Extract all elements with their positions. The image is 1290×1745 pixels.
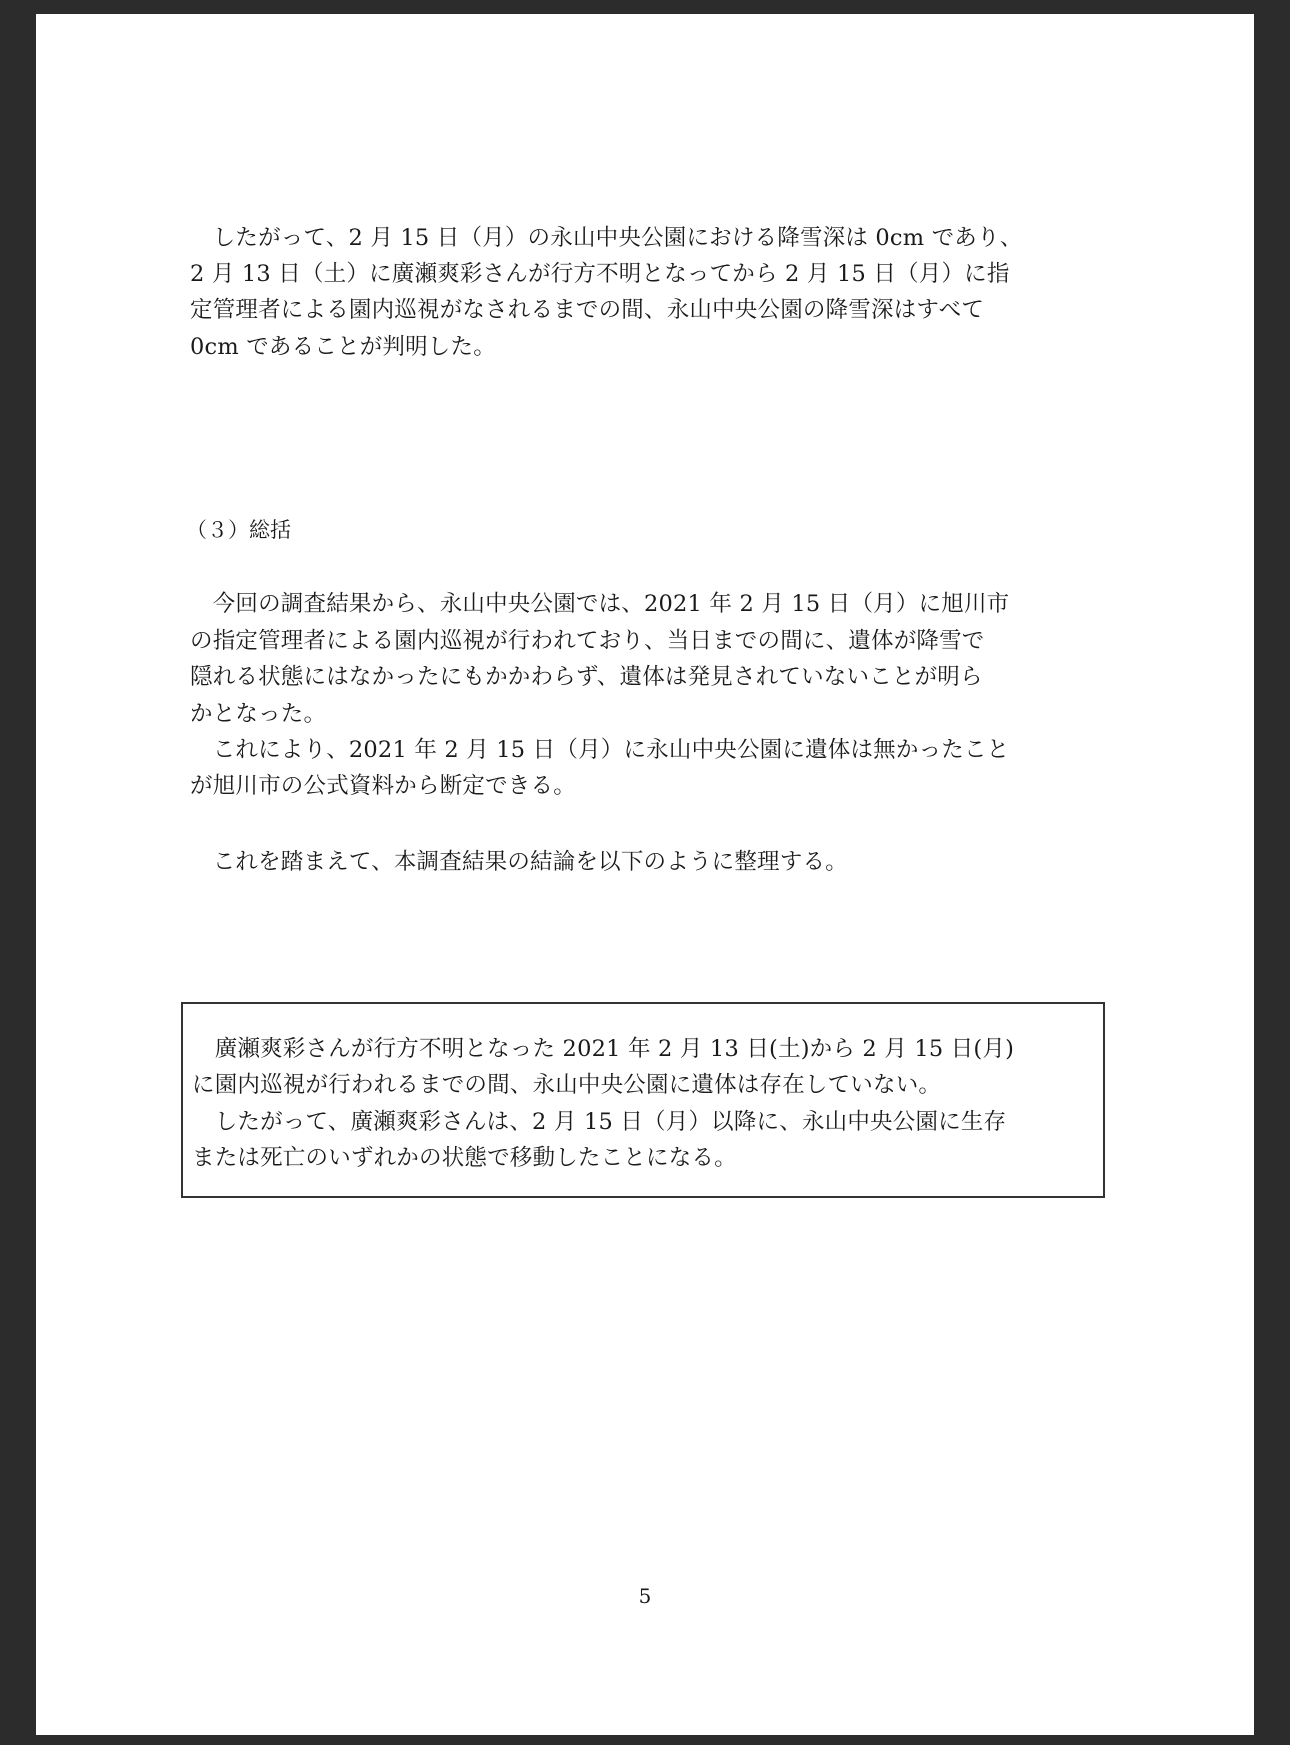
page-number: 5 <box>36 1582 1254 1610</box>
text-line: の指定管理者による園内巡視が行われており、当日までの間に、遺体が降雪で <box>190 626 985 656</box>
document-page: したがって、2 月 15 日（月）の永山中央公園における降雪深は 0cm であり… <box>36 14 1254 1735</box>
text-line: 2 月 13 日（土）に廣瀬爽彩さんが行方不明となってから 2 月 15 日（月… <box>190 259 1010 289</box>
text-line: したがって、2 月 15 日（月）の永山中央公園における降雪深は 0cm であり… <box>190 223 1022 253</box>
text-line: 今回の調査結果から、永山中央公園では、2021 年 2 月 15 日（月）に旭川… <box>190 589 1009 619</box>
text-line: これを踏まえて、本調査結果の結論を以下のように整理する。 <box>190 847 848 877</box>
text-line: かとなった。 <box>190 699 326 729</box>
text-line: したがって、廣瀬爽彩さんは、2 月 15 日（月）以降に、永山中央公園に生存 <box>192 1107 1006 1137</box>
text-line: 隠れる状態にはなかったにもかかわらず、遺体は発見されていないことが明ら <box>190 662 983 692</box>
section-heading: （３）総括 <box>186 515 291 545</box>
text-line: 0cm であることが判明した。 <box>190 332 496 362</box>
text-line: 定管理者による園内巡視がなされるまでの間、永山中央公園の降雪深はすべて <box>190 295 984 325</box>
text-line: に園内巡視が行われるまでの間、永山中央公園に遺体は存在していない。 <box>192 1070 941 1100</box>
text-line: が旭川市の公式資料から断定できる。 <box>190 771 576 801</box>
text-line: 廣瀬爽彩さんが行方不明となった 2021 年 2 月 13 日(土)から 2 月… <box>192 1034 1014 1064</box>
text-line: または死亡のいずれかの状態で移動したことになる。 <box>192 1143 737 1173</box>
text-line: これにより、2021 年 2 月 15 日（月）に永山中央公園に遺体は無かったこ… <box>190 735 1009 765</box>
conclusion-box: 廣瀬爽彩さんが行方不明となった 2021 年 2 月 13 日(土)から 2 月… <box>181 1002 1105 1198</box>
